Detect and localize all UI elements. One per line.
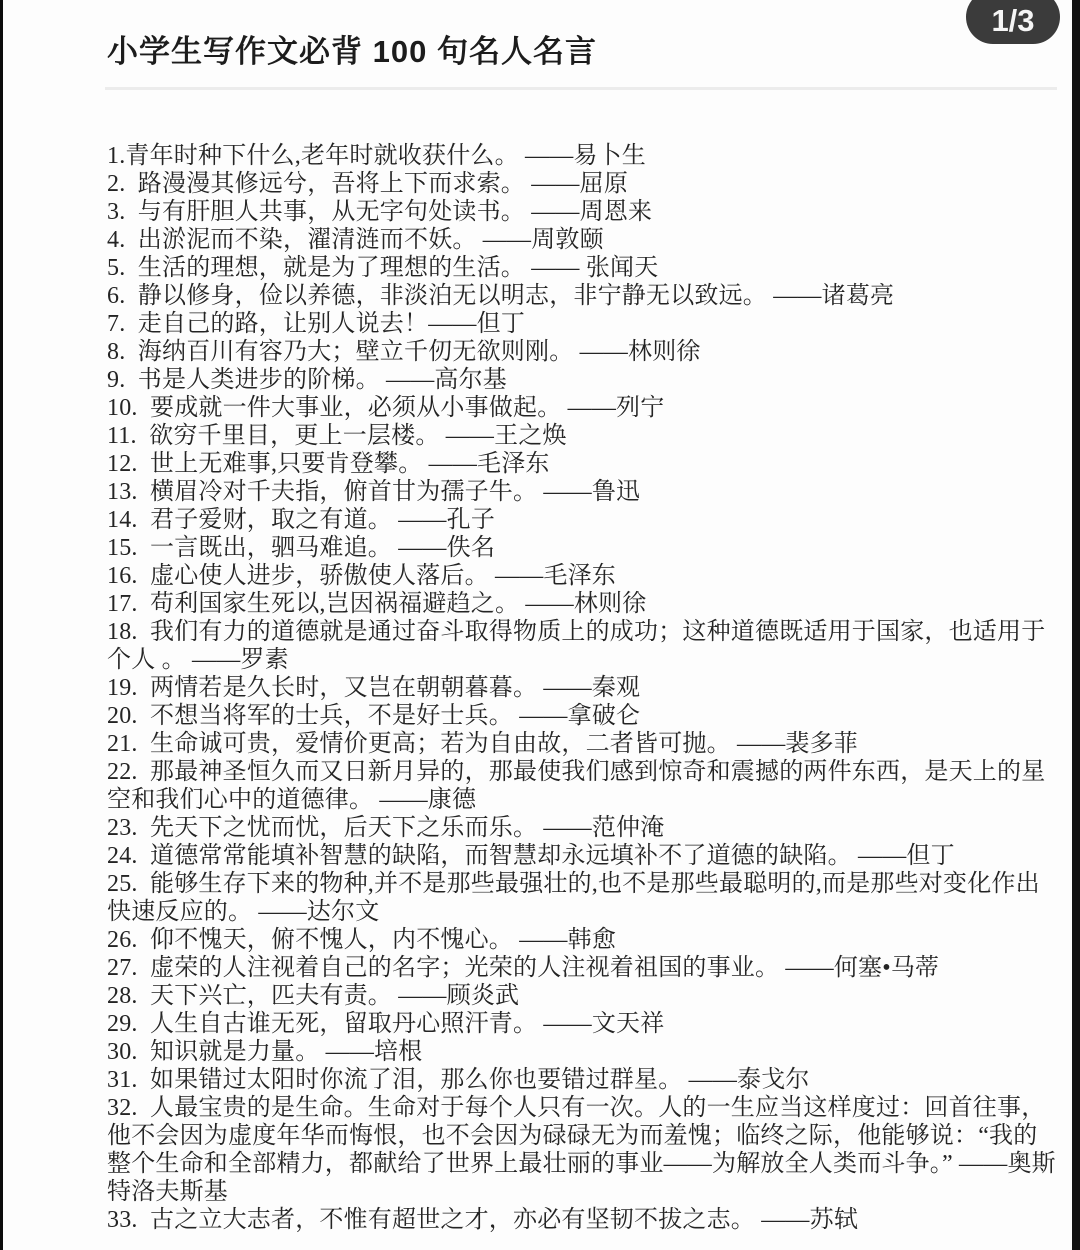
quote-number: 18.: [107, 619, 138, 645]
quote-author: —— 张闻天: [525, 255, 658, 281]
quote-number: 14.: [107, 507, 138, 533]
quote-item: 16. 虚心使人进步，骄傲使人落后。 ——毛泽东: [107, 562, 1059, 590]
quote-author: ——苏轼: [755, 1207, 858, 1233]
quote-item: 15. 一言既出，驷马难追。 ——佚名: [107, 534, 1059, 562]
page-title: 小学生写作文必背 100 句名人名言: [107, 26, 597, 71]
quote-text: 海纳百川有容乃大；壁立千仞无欲则刚。: [125, 339, 573, 365]
quote-number: 13.: [107, 479, 138, 505]
quote-author: ——培根: [319, 1039, 422, 1065]
page-indicator-badge: 1/3: [966, 0, 1060, 44]
quote-item: 27. 虚荣的人注视着自己的名字；光荣的人注视着祖国的事业。 ——何塞•马蒂: [107, 954, 1059, 982]
quote-item: 6. 静以修身，俭以养德，非淡泊无以明志，非宁静无以致远。 ——诸葛亮: [107, 282, 1059, 310]
quote-number: 15.: [107, 535, 138, 561]
quote-text: 要成就一件大事业，必须从小事做起。: [138, 395, 562, 421]
quote-number: 2.: [107, 171, 125, 197]
quote-item: 21. 生命诚可贵，爱情价更高；若为自由故，二者皆可抛。 ——裴多菲: [107, 730, 1059, 758]
quote-author: ——何塞•马蒂: [779, 955, 939, 981]
quote-number: 11.: [107, 423, 137, 449]
quote-text: 君子爱财，取之有道。: [138, 507, 392, 533]
quote-text: 书是人类进步的阶梯。: [125, 367, 379, 393]
quote-text: 不想当将军的士兵，不是好士兵。: [138, 703, 513, 729]
quote-item: 25. 能够生存下来的物种,并不是那些最强壮的,也不是那些最聪明的,而是那些对变…: [107, 870, 1059, 926]
quote-author: ——林则徐: [519, 591, 646, 617]
quote-number: 22.: [107, 759, 138, 785]
quote-text: 静以修身，俭以养德，非淡泊无以明志，非宁静无以致远。: [125, 283, 767, 309]
quote-author: ——屈原: [525, 171, 628, 197]
quote-number: 29.: [107, 1011, 138, 1037]
quote-author: ——周敦颐: [477, 227, 604, 253]
quote-number: 5.: [107, 255, 125, 281]
quote-number: 1.: [107, 143, 125, 169]
quote-number: 31.: [107, 1067, 138, 1093]
quote-item: 23. 先天下之忧而忧，后天下之乐而乐。 ——范仲淹: [107, 814, 1059, 842]
quote-text: 古之立大志者，不惟有超世之才，亦必有坚韧不拔之志。: [138, 1207, 755, 1233]
quote-number: 7.: [107, 311, 125, 337]
quote-author: ——诸葛亮: [767, 283, 894, 309]
quote-number: 19.: [107, 675, 138, 701]
quote-author: ——康德: [373, 787, 476, 813]
quote-author: ——毛泽东: [422, 451, 549, 477]
quote-item: 8. 海纳百川有容乃大；壁立千仞无欲则刚。 ——林则徐: [107, 338, 1059, 366]
quote-item: 30. 知识就是力量。 ——培根: [107, 1038, 1059, 1066]
quote-author: ——秦观: [537, 675, 640, 701]
quote-number: 23.: [107, 815, 138, 841]
quote-number: 24.: [107, 843, 138, 869]
quote-item: 32. 人最宝贵的是生命。生命对于每个人只有一次。人的一生应当这样度过：回首往事…: [107, 1094, 1059, 1206]
quote-number: 6.: [107, 283, 125, 309]
left-edge-bar: [0, 0, 3, 1250]
quote-author: ——毛泽东: [489, 563, 616, 589]
quote-item: 1.青年时种下什么,老年时就收获什么。 ——易卜生: [107, 142, 1059, 170]
quote-text: 生命诚可贵，爱情价更高；若为自由故，二者皆可抛。: [138, 731, 731, 757]
quote-number: 4.: [107, 227, 125, 253]
quote-item: 20. 不想当将军的士兵，不是好士兵。 ——拿破仑: [107, 702, 1059, 730]
quote-text: 苟利国家生死以,岂因祸福避趋之。: [138, 591, 520, 617]
quote-number: 21.: [107, 731, 138, 757]
quote-number: 32.: [107, 1095, 138, 1121]
quote-text: 如果错过太阳时你流了泪，那么你也要错过群星。: [138, 1067, 683, 1093]
quote-text: 道德常常能填补智慧的缺陷，而智慧却永远填补不了道德的缺陷。: [138, 843, 852, 869]
quote-item: 24. 道德常常能填补智慧的缺陷，而智慧却永远填补不了道德的缺陷。 ——但丁: [107, 842, 1059, 870]
quote-author: ——范仲淹: [537, 815, 664, 841]
quote-item: 3. 与有肝胆人共事，从无字句处读书。 ——周恩来: [107, 198, 1059, 226]
quote-text: 知识就是力量。: [138, 1039, 320, 1065]
quote-text: 能够生存下来的物种,并不是那些最强壮的,也不是那些最聪明的,而是那些对变化作出快…: [107, 871, 1040, 925]
quote-text: 欲穷千里目，更上一层楼。: [137, 423, 440, 449]
quote-author: ——但丁: [428, 311, 525, 337]
quote-author: ——达尔文: [252, 899, 379, 925]
quote-item: 22. 那最神圣恒久而又日新月异的，那最使我们感到惊奇和震撼的两件东西，是天上的…: [107, 758, 1059, 814]
quote-item: 11. 欲穷千里目，更上一层楼。 ——王之焕: [107, 422, 1059, 450]
quote-author: ——鲁迅: [537, 479, 640, 505]
quote-text: 虚荣的人注视着自己的名字；光荣的人注视着祖国的事业。: [138, 955, 780, 981]
quote-item: 18. 我们有力的道德就是通过奋斗取得物质上的成功；这种道德既适用于国家，也适用…: [107, 618, 1059, 674]
quote-text: 那最神圣恒久而又日新月异的，那最使我们感到惊奇和震撼的两件东西，是天上的星空和我…: [107, 759, 1045, 813]
quote-number: 20.: [107, 703, 138, 729]
quote-author: ——易卜生: [519, 143, 646, 169]
quote-number: 10.: [107, 395, 138, 421]
quote-text: 人生自古谁无死，留取丹心照汗青。: [138, 1011, 538, 1037]
quote-text: 一言既出，驷马难追。: [138, 535, 392, 561]
quote-author: ——裴多菲: [731, 731, 858, 757]
quote-item: 10. 要成就一件大事业，必须从小事做起。 ——列宁: [107, 394, 1059, 422]
quote-text: 青年时种下什么,老年时就收获什么。: [125, 143, 518, 169]
quote-item: 33. 古之立大志者，不惟有超世之才，亦必有坚韧不拔之志。 ——苏轼: [107, 1206, 1059, 1234]
quote-number: 17.: [107, 591, 138, 617]
quote-item: 14. 君子爱财，取之有道。 ——孔子: [107, 506, 1059, 534]
quote-item: 9. 书是人类进步的阶梯。 ——高尔基: [107, 366, 1059, 394]
right-edge-bar: [1072, 0, 1080, 1250]
quote-text: 横眉冷对千夫指，俯首甘为孺子牛。: [138, 479, 538, 505]
quote-author: ——泰戈尔: [682, 1067, 809, 1093]
quote-number: 30.: [107, 1039, 138, 1065]
quote-author: ——但丁: [852, 843, 955, 869]
quote-text: 天下兴亡，匹夫有责。: [138, 983, 392, 1009]
quote-text: 路漫漫其修远兮，吾将上下而求索。: [125, 171, 525, 197]
quote-text: 生活的理想，就是为了理想的生活。: [125, 255, 525, 281]
quote-item: 7. 走自己的路，让别人说去！——但丁: [107, 310, 1059, 338]
quote-number: 33.: [107, 1207, 138, 1233]
quote-text: 虚心使人进步，骄傲使人落后。: [138, 563, 489, 589]
quote-text: 两情若是久长时，又岂在朝朝暮暮。: [138, 675, 538, 701]
quote-item: 31. 如果错过太阳时你流了泪，那么你也要错过群星。 ——泰戈尔: [107, 1066, 1059, 1094]
quote-text: 世上无难事,只要肯登攀。: [138, 451, 423, 477]
quote-author: ——顾炎武: [392, 983, 519, 1009]
quote-author: ——文天祥: [537, 1011, 664, 1037]
quote-text: 与有肝胆人共事，从无字句处读书。: [125, 199, 525, 225]
title-divider: [105, 87, 1057, 90]
quote-text: 仰不愧天，俯不愧人，内不愧心。: [138, 927, 513, 953]
quote-item: 4. 出淤泥而不染，濯清涟而不妖。 ——周敦颐: [107, 226, 1059, 254]
quote-text: 先天下之忧而忧，后天下之乐而乐。: [138, 815, 538, 841]
quote-item: 13. 横眉冷对千夫指，俯首甘为孺子牛。 ——鲁迅: [107, 478, 1059, 506]
quote-author: ——列宁: [561, 395, 664, 421]
quote-item: 2. 路漫漫其修远兮，吾将上下而求索。 ——屈原: [107, 170, 1059, 198]
quote-author: ——林则徐: [573, 339, 700, 365]
quote-author: ——孔子: [392, 507, 495, 533]
quote-item: 28. 天下兴亡，匹夫有责。 ——顾炎武: [107, 982, 1059, 1010]
quote-text: 人最宝贵的是生命。生命对于每个人只有一次。人的一生应当这样度过：回首往事，他不会…: [107, 1095, 1045, 1177]
quote-number: 3.: [107, 199, 125, 225]
document-page: 1/3 小学生写作文必背 100 句名人名言 1.青年时种下什么,老年时就收获什…: [0, 0, 1080, 1250]
quote-item: 29. 人生自古谁无死，留取丹心照汗青。 ——文天祥: [107, 1010, 1059, 1038]
quote-item: 19. 两情若是久长时，又岂在朝朝暮暮。 ——秦观: [107, 674, 1059, 702]
quote-item: 26. 仰不愧天，俯不愧人，内不愧心。 ——韩愈: [107, 926, 1059, 954]
quote-number: 12.: [107, 451, 138, 477]
quote-text: 出淤泥而不染，濯清涟而不妖。: [125, 227, 476, 253]
quote-item: 17. 苟利国家生死以,岂因祸福避趋之。 ——林则徐: [107, 590, 1059, 618]
quote-author: ——罗素: [186, 647, 289, 673]
quote-author: ——拿破仑: [513, 703, 640, 729]
quote-author: ——佚名: [392, 535, 495, 561]
quote-item: 12. 世上无难事,只要肯登攀。 ——毛泽东: [107, 450, 1059, 478]
quote-item: 5. 生活的理想，就是为了理想的生活。 —— 张闻天: [107, 254, 1059, 282]
quote-number: 27.: [107, 955, 138, 981]
quote-author: ——韩愈: [513, 927, 616, 953]
quote-author: ——王之焕: [440, 423, 567, 449]
quote-number: 16.: [107, 563, 138, 589]
quote-number: 9.: [107, 367, 125, 393]
quote-author: ——高尔基: [380, 367, 507, 393]
quote-list: 1.青年时种下什么,老年时就收获什么。 ——易卜生 2. 路漫漫其修远兮，吾将上…: [107, 142, 1059, 1234]
quote-number: 26.: [107, 927, 138, 953]
quote-number: 8.: [107, 339, 125, 365]
quote-number: 28.: [107, 983, 138, 1009]
quote-number: 25.: [107, 871, 138, 897]
quote-text: 走自己的路，让别人说去！: [125, 311, 428, 337]
quote-author: ——周恩来: [525, 199, 652, 225]
